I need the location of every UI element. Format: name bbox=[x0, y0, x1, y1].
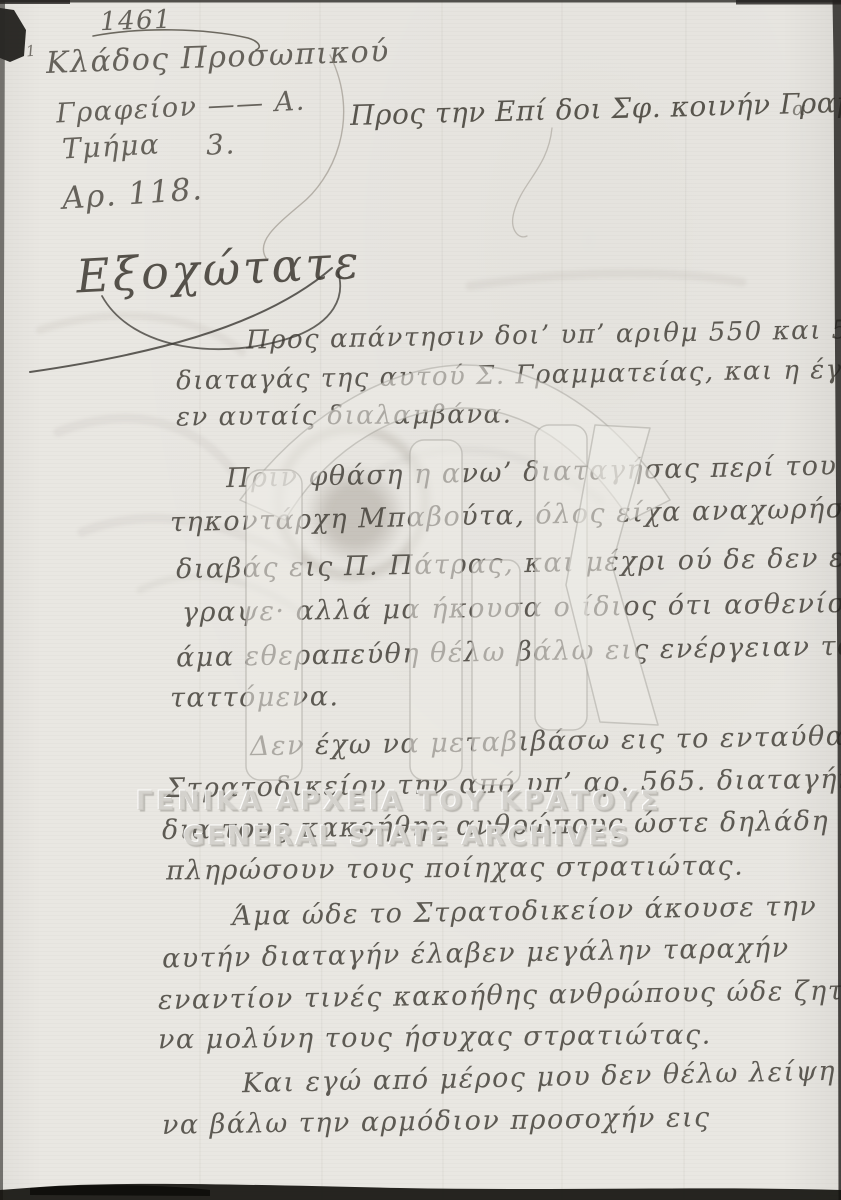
docket-number: 1461 bbox=[99, 5, 172, 38]
handwritten-line: τηκοντάρχη Μπαβούτα, όλος είχα αναχωρήση bbox=[170, 493, 841, 539]
handwritten-line: ταττόμενα. bbox=[170, 681, 340, 713]
heading-note: α bbox=[792, 96, 807, 120]
handwritten-line: διαβάς εις Π. Πάτρας, και μέχρι ού δε δε… bbox=[176, 542, 841, 585]
handwritten-line: εν αυταίς διαλαμβάνα. bbox=[176, 400, 513, 433]
scan-edge-top bbox=[0, 0, 841, 3]
handwritten-line: διαταγάς της αυτού Σ. Γραμματείας, και η… bbox=[176, 354, 841, 397]
handwritten-line: Και εγώ από μέρος μου δεν θέλω λείψη bbox=[242, 1056, 837, 1099]
handwritten-line: αυτήν διαταγήν έλαβεν μεγάλην ταραχήν bbox=[162, 933, 790, 975]
scan-blot-top-left bbox=[0, 8, 26, 62]
handwritten-line: Προς απάντησιν δοι’ υπ’ αριθμ 550 και 56… bbox=[246, 314, 841, 355]
docket-branch: Κλάδος Προσωπικού bbox=[45, 34, 390, 81]
handwritten-line: άμα εθεραπεύθη θέλω βάλω εις ενέργειαν τ… bbox=[176, 630, 841, 674]
handwritten-line: Άμα ώδε το Στρατοδικείον άκουσε την bbox=[232, 891, 818, 932]
scan-edge-top-right bbox=[736, 0, 841, 5]
heading-pencil-loop bbox=[513, 128, 552, 237]
docket-office: Γραφείον —— Α. bbox=[55, 85, 306, 129]
archive-watermark-english: GENERAL STATE ARCHIVES bbox=[183, 821, 631, 852]
scan-edge-left bbox=[0, 0, 5, 1200]
handwritten-line: γραψε· αλλά μα ήκουσα ο ίδιος ότι ασθενί… bbox=[182, 587, 841, 629]
scan-edge-top-left bbox=[0, 0, 70, 4]
handwritten-line: να βάλω την αρμόδιον προσοχήν εις bbox=[162, 1102, 711, 1141]
handwritten-line: πληρώσουν τους ποίηχας στρατιώτας. bbox=[166, 850, 745, 886]
docket-section-value: 3. bbox=[205, 127, 236, 162]
handwritten-line: να μολύνη τους ήσυχας στρατιώτας. bbox=[158, 1020, 712, 1056]
handwritten-line: εναντίον τινές κακοήθης ανθρώπους ώδε ζη… bbox=[158, 975, 841, 1016]
salutation: Εξοχώτατε bbox=[75, 235, 363, 304]
scan-edge-bottom bbox=[0, 1184, 841, 1200]
handwritten-line: Δεν έχω να μεταβιβάσω εις το ενταύθα bbox=[250, 721, 841, 762]
document-scan: 1 1461 Κλάδος Προσωπικού Γραφείον —— Α. … bbox=[0, 0, 841, 1200]
page-number-mark: 1 bbox=[25, 41, 38, 60]
scan-edge-bottom-blot bbox=[30, 1185, 210, 1196]
docket-section-label: Τμήμα bbox=[61, 127, 161, 165]
archive-watermark-greek: ΓΕΝΙΚΑ ΑΡΧΕΙΑ ΤΟΥ ΚΡΑΤΟΥΣ bbox=[136, 786, 662, 817]
address-heading: Προς την Επί δοι Σφ. κοινήν Γραμμ. bbox=[350, 85, 841, 132]
docket-protocol-number: Αρ. 118. bbox=[61, 171, 205, 217]
